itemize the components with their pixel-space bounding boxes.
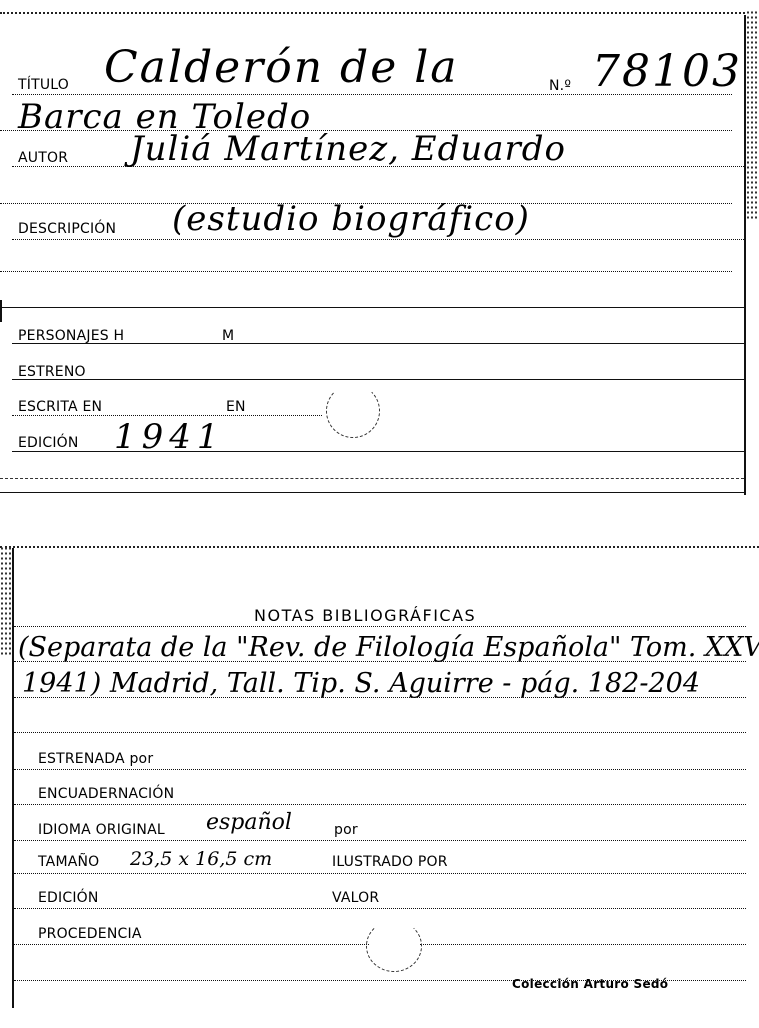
valor-label: VALOR	[332, 891, 379, 905]
card-edge-speckle	[746, 10, 758, 220]
paper-stain	[326, 384, 380, 438]
idioma-label: IDIOMA ORIGINAL	[38, 823, 165, 837]
personajes-h-label: PERSONAJES H	[18, 329, 124, 343]
notes-rule-3	[14, 732, 746, 733]
estrenada-label: ESTRENADA por	[38, 752, 153, 766]
card-edge-speckle	[0, 546, 12, 656]
encuadernacion-rule	[14, 804, 746, 805]
notes-line-1: (Separata de la "Rev. de Filología Españ…	[18, 634, 759, 661]
procedencia-label: PROCEDENCIA	[38, 927, 142, 941]
catalog-card-back: NOTAS BIBLIOGRÁFICAS (Separata de la "Re…	[0, 540, 759, 1028]
catalog-card-front: TÍTULO Calderón de la N.º 78103 Barca en…	[0, 0, 759, 495]
edicion-value: 1941	[114, 420, 225, 454]
card-bottom-edge	[0, 492, 744, 493]
idioma-rule	[14, 840, 746, 841]
card-left-edge	[12, 548, 14, 1008]
blank-rule-4	[0, 478, 744, 479]
procedencia-rule-left	[14, 944, 369, 945]
numero-label: N.º	[549, 79, 571, 93]
encuadernacion-label: ENCUADERNACIÓN	[38, 787, 174, 801]
edicion-label: EDICIÓN	[18, 436, 79, 450]
tamano-value: 23,5 x 16,5 cm	[130, 850, 272, 869]
ilustrado-label: ILUSTRADO POR	[332, 855, 448, 869]
titulo-value: Calderón de la	[104, 46, 459, 90]
estrenada-rule	[14, 769, 746, 770]
estreno-label: ESTRENO	[18, 365, 86, 379]
edicion-rule	[14, 908, 746, 909]
autor-value: Juliá Martínez, Eduardo	[130, 132, 566, 166]
procedencia-rule-right	[420, 944, 746, 945]
card-top-edge	[0, 12, 745, 17]
descripcion-value: (estudio biográfico)	[172, 202, 530, 236]
tamano-label: TAMAÑO	[38, 855, 99, 869]
numero-value: 78103	[592, 50, 742, 94]
notes-line-2: 1941) Madrid, Tall. Tip. S. Aguirre - pá…	[22, 670, 700, 697]
idioma-value: español	[206, 812, 292, 834]
personajes-m-label: M	[222, 329, 234, 343]
notas-heading: NOTAS BIBLIOGRÁFICAS	[254, 608, 476, 624]
estreno-rule	[12, 379, 744, 380]
descripcion-rule	[12, 239, 744, 240]
autor-label: AUTOR	[18, 151, 68, 165]
en-label: EN	[226, 400, 246, 414]
titulo-label: TÍTULO	[18, 78, 69, 92]
margin-mark	[0, 300, 2, 322]
escrita-rule	[12, 415, 322, 416]
card-top-edge	[0, 546, 759, 551]
notes-rule-1	[14, 661, 746, 662]
notas-heading-rule	[14, 626, 746, 627]
collection-footer: Colección Arturo Sedó	[512, 978, 668, 990]
tamano-rule	[14, 873, 746, 874]
paper-stain	[366, 920, 422, 972]
notes-rule-2	[14, 697, 746, 698]
edicion-label: EDICIÓN	[38, 891, 99, 905]
descripcion-label: DESCRIPCIÓN	[18, 222, 116, 236]
blank-rule-2	[0, 271, 732, 272]
idioma-por-label: por	[334, 823, 358, 837]
escrita-en-label: ESCRITA EN	[18, 400, 102, 414]
blank-rule-3	[0, 307, 744, 308]
